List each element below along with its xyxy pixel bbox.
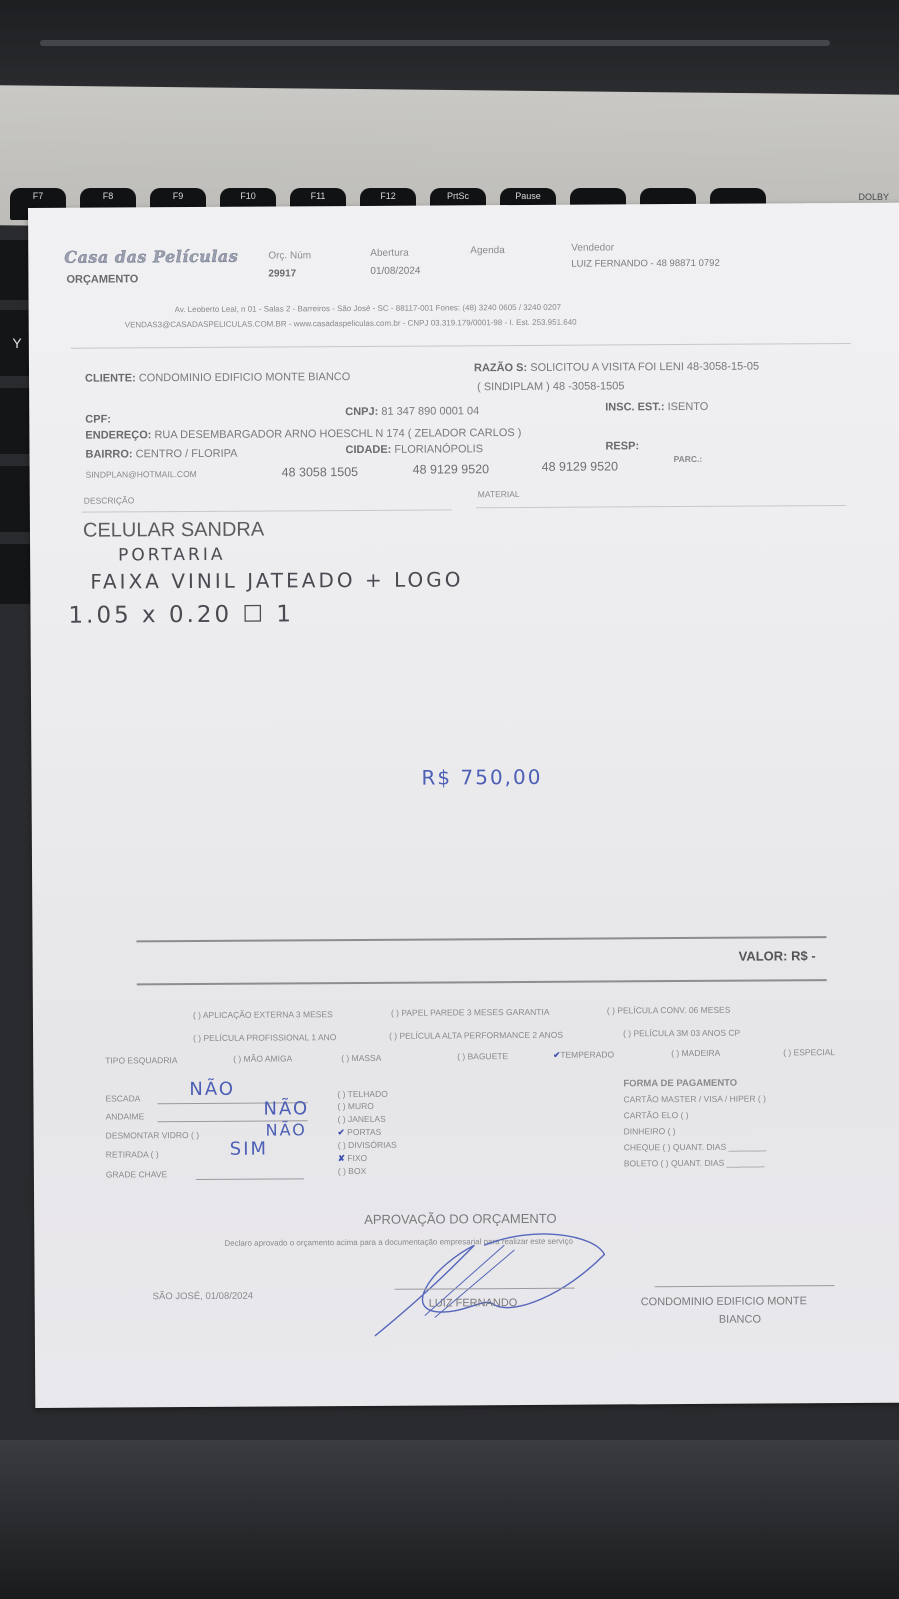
endereco-label: ENDEREÇO:: [85, 429, 151, 441]
item-handwritten-3: 1.05 x 0.20 ☐ 1: [68, 601, 294, 628]
grade-chave-label: GRADE CHAVE: [106, 1169, 167, 1179]
local-telhado[interactable]: ( ) TELHADO: [337, 1089, 387, 1099]
company-address: Av. Leoberto Leal, n 01 - Salas 2 - Barr…: [175, 303, 562, 314]
desmontar-text: DESMONTAR VIDRO: [106, 1130, 189, 1141]
quote-document: Casa das Películas ORÇAMENTO Orç. Núm 29…: [28, 203, 899, 1408]
option-label: ESPECIAL: [794, 1047, 836, 1057]
option-aplicacao-externa[interactable]: ( ) APLICAÇÃO EXTERNA 3 MESES: [193, 1009, 333, 1020]
local-muro[interactable]: ( ) MURO: [337, 1101, 373, 1111]
signature-icon: [364, 1224, 625, 1346]
option-especial[interactable]: ( ) ESPECIAL: [783, 1047, 835, 1057]
cidade-label: CIDADE:: [345, 444, 391, 456]
x-mark-icon: ✘: [338, 1153, 345, 1163]
razao-value: SOLICITOU A VISITA FOI LENI 48-3058-15-0…: [530, 361, 759, 374]
razao-line2: ( SINDIPLAM ) 48 -3058-1505: [477, 380, 624, 393]
orc-num: 29917: [268, 268, 296, 279]
payment-boleto[interactable]: BOLETO ( ) QUANT. DIAS ________: [624, 1158, 765, 1169]
payment-dinheiro[interactable]: DINHEIRO ( ): [624, 1126, 676, 1136]
escada-value: NÃO: [189, 1079, 235, 1100]
grade-line: [196, 1178, 304, 1180]
option-temperado[interactable]: ✔TEMPERADO: [553, 1049, 614, 1060]
local-fixo[interactable]: ✘ FIXO: [338, 1153, 367, 1164]
company-logo: Casa das Películas: [64, 247, 238, 267]
abertura-date: 01/08/2024: [370, 266, 420, 277]
retirada-text: RETIRADA: [106, 1149, 149, 1159]
key: [0, 544, 34, 604]
payment-cheque[interactable]: CHEQUE ( ) QUANT. DIAS ________: [624, 1142, 767, 1153]
option-label: MASSA: [352, 1053, 382, 1063]
option-label: MÃO AMIGA: [244, 1053, 293, 1063]
cidade-value: FLORIANÓPOLIS: [394, 443, 483, 456]
abertura-label: Abertura: [370, 248, 408, 259]
local-divisorias[interactable]: ( ) DIVISÓRIAS: [338, 1140, 397, 1150]
tipo-esquadria-label: TIPO ESQUADRIA: [105, 1055, 177, 1065]
option-madeira[interactable]: ( ) MADEIRA: [671, 1048, 720, 1058]
item-handwritten-1: PORTARIA: [118, 545, 225, 566]
cliente-value: CONDOMINIO EDIFICIO MONTE BIANCO: [139, 371, 351, 384]
escada-label: ESCADA: [105, 1093, 140, 1103]
option-label: BAGUETE: [468, 1051, 509, 1061]
option-label: DIVISÓRIAS: [348, 1140, 397, 1150]
local-portas[interactable]: ✔ PORTAS: [338, 1127, 382, 1138]
company-contact: VENDAS3@CASADASPELICULAS.COM.BR - www.ca…: [125, 318, 577, 330]
client-sign-line: [655, 1285, 835, 1287]
cnpj-value: 81 347 890 0001 04: [381, 405, 479, 418]
client-signature-name-2: BIANCO: [719, 1314, 761, 1326]
option-pelicula-conv[interactable]: ( ) PELÍCULA CONV. 06 MESES: [607, 1005, 731, 1016]
retirada-value: SIM: [230, 1139, 268, 1160]
insc-label: INSC. EST.:: [605, 401, 664, 413]
bairro-row: BAIRRO: CENTRO / FLORIPA: [85, 448, 237, 461]
doc-type: ORÇAMENTO: [66, 273, 138, 285]
descricao-label: DESCRIÇÃO: [84, 495, 135, 505]
retirada-label: RETIRADA ( ): [106, 1149, 159, 1159]
cnpj-label: CNPJ:: [345, 406, 378, 418]
material-label: MATERIAL: [478, 489, 520, 499]
razao-label: RAZÃO S:: [474, 362, 527, 374]
payment-title: FORMA DE PAGAMENTO: [623, 1078, 737, 1090]
agenda-label: Agenda: [470, 245, 505, 256]
insc-value: ISENTO: [668, 401, 709, 413]
andaime-value: NÃO: [263, 1098, 309, 1119]
option-massa[interactable]: ( ) MASSA: [341, 1053, 381, 1063]
local-box[interactable]: ( ) BOX: [338, 1166, 366, 1176]
client-phone-1: 48 3058 1505: [282, 465, 359, 479]
client-phone-2: 48 9129 9520: [413, 462, 490, 476]
vendedor-label: Vendedor: [571, 242, 614, 253]
item-handwritten-2: FAIXA VINIL JATEADO + LOGO: [90, 567, 463, 593]
laptop-bottom: [0, 1440, 899, 1599]
insc-row: INSC. EST.: ISENTO: [605, 401, 708, 414]
option-pelicula-profissional[interactable]: ( ) PELÍCULA PROFISSIONAL 1 ANO: [193, 1032, 336, 1043]
payment-cartao-master[interactable]: CARTÃO MASTER / VISA / HIPER ( ): [623, 1094, 766, 1105]
place-date: SÃO JOSÉ, 01/08/2024: [153, 1291, 253, 1303]
option-label: PELÍCULA CONV. 06 MESES: [617, 1005, 730, 1016]
parc-label: PARC.:: [674, 454, 703, 464]
andaime-label: ANDAIME: [106, 1111, 145, 1121]
desmontar-value: NÃO: [266, 1120, 307, 1139]
option-label: MADEIRA: [682, 1048, 721, 1058]
client-phone-3: 48 9129 9520: [542, 459, 619, 473]
option-label: TELHADO: [348, 1089, 388, 1099]
option-label: PORTAS: [347, 1127, 381, 1137]
cnpj-row: CNPJ: 81 347 890 0001 04: [345, 405, 479, 418]
desmontar-label: DESMONTAR VIDRO ( ): [106, 1130, 199, 1141]
option-label: PELÍCULA PROFISSIONAL 1 ANO: [203, 1032, 336, 1043]
resp-label: RESP:: [605, 440, 639, 452]
divider: [82, 509, 452, 512]
option-label: TEMPERADO: [560, 1049, 614, 1059]
valor-label: VALOR: R$ -: [739, 948, 816, 963]
bairro-label: BAIRRO:: [85, 448, 132, 460]
orc-num-label: Orç. Núm: [268, 250, 311, 261]
divider: [136, 936, 826, 942]
razao-row: RAZÃO S: SOLICITOU A VISITA FOI LENI 48-…: [474, 361, 759, 375]
endereco-row: ENDEREÇO: RUA DESEMBARGADOR ARNO HOESCHL…: [85, 427, 521, 442]
option-label: PELÍCULA ALTA PERFORMANCE 2 ANOS: [399, 1030, 563, 1041]
client-signature-name-1: CONDOMINIO EDIFICIO MONTE: [641, 1295, 807, 1308]
option-label: MURO: [348, 1101, 374, 1111]
option-pelicula-alta-performance[interactable]: ( ) PELÍCULA ALTA PERFORMANCE 2 ANOS: [389, 1030, 563, 1041]
local-janelas[interactable]: ( ) JANELAS: [338, 1114, 386, 1124]
cliente-label: CLIENTE:: [85, 372, 136, 384]
divider: [137, 979, 827, 985]
cliente-row: CLIENTE: CONDOMINIO EDIFICIO MONTE BIANC…: [85, 371, 350, 385]
item-typed-line: CELULAR SANDRA: [83, 519, 264, 543]
option-mao-amiga[interactable]: ( ) MÃO AMIGA: [233, 1053, 292, 1063]
option-pelicula-3m[interactable]: ( ) PELÍCULA 3M 03 ANOS CP: [623, 1028, 740, 1039]
checkmark-icon: ✔: [338, 1127, 345, 1137]
option-baguete[interactable]: ( ) BAGUETE: [457, 1051, 508, 1061]
option-label: FIXO: [347, 1153, 367, 1163]
hinge: [40, 40, 830, 46]
client-email: SINDPLAN@HOTMAIL.COM: [86, 469, 197, 480]
option-label: PAPEL PAREDE 3 MESES GARANTIA: [401, 1007, 549, 1018]
cpf-label: CPF:: [85, 413, 111, 425]
payment-cartao-elo[interactable]: CARTÃO ELO ( ): [624, 1110, 689, 1120]
cidade-row: CIDADE: FLORIANÓPOLIS: [345, 443, 483, 456]
option-label: BOX: [348, 1166, 366, 1176]
seller-signature-name: LUIZ FERNANDO: [429, 1297, 518, 1310]
divider: [71, 343, 851, 349]
option-label: JANELAS: [348, 1114, 386, 1124]
laptop-bezel: [0, 0, 899, 100]
vendedor: LUIZ FERNANDO - 48 98871 0792: [571, 258, 719, 270]
option-label: APLICAÇÃO EXTERNA 3 MESES: [203, 1009, 333, 1020]
divider: [476, 505, 846, 508]
option-papel-parede[interactable]: ( ) PAPEL PAREDE 3 MESES GARANTIA: [391, 1007, 550, 1018]
option-label: PELÍCULA 3M 03 ANOS CP: [633, 1028, 740, 1039]
bairro-value: CENTRO / FLORIPA: [136, 448, 238, 461]
endereco-value: RUA DESEMBARGADOR ARNO HOESCHL N 174 ( Z…: [154, 427, 521, 441]
handwritten-price: R$ 750,00: [421, 765, 542, 790]
dolby-badge: DOLBY: [858, 192, 889, 202]
